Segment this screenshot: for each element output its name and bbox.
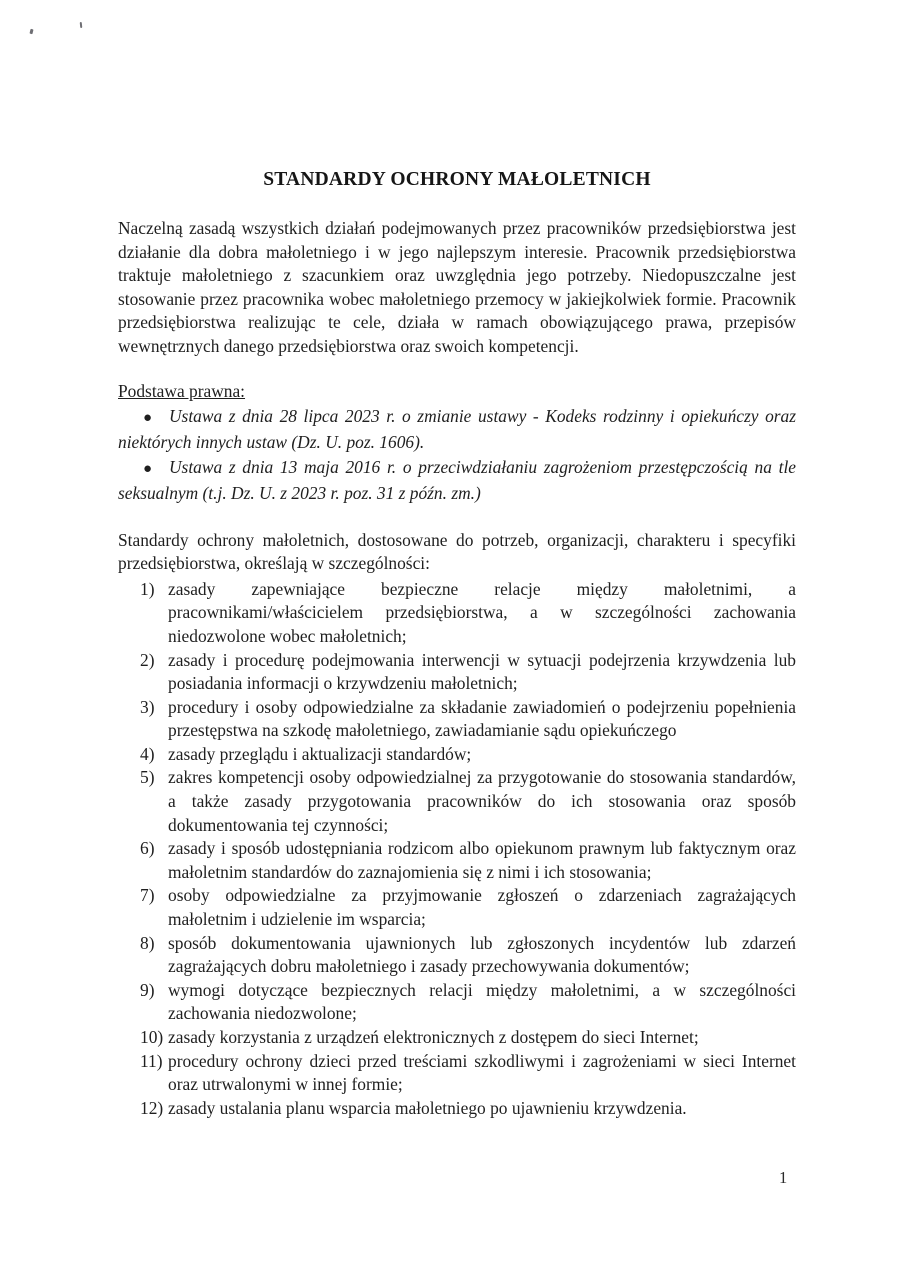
numbered-list: 1)zasady zapewniające bezpieczne relacje… — [140, 578, 796, 1121]
item-number: 3) — [140, 696, 155, 720]
item-number: 6) — [140, 837, 155, 861]
list-item: 7)osoby odpowiedzialne za przyjmowanie z… — [140, 884, 796, 931]
item-text: zasady przeglądu i aktualizacji standard… — [168, 744, 471, 764]
item-text: sposób dokumentowania ujawnionych lub zg… — [168, 933, 796, 977]
item-number: 12) — [140, 1097, 163, 1121]
list-item: 8)sposób dokumentowania ujawnionych lub … — [140, 932, 796, 979]
item-text: zasady korzystania z urządzeń elektronic… — [168, 1027, 699, 1047]
item-text: zasady zapewniające bezpieczne relacje m… — [168, 579, 796, 646]
list-item: 4)zasady przeglądu i aktualizacji standa… — [140, 743, 796, 767]
item-text: zasady i sposób udostępniania rodzicom a… — [168, 838, 796, 882]
item-text: osoby odpowiedzialne za przyjmowanie zgł… — [168, 885, 796, 929]
item-text: wymogi dotyczące bezpiecznych relacji mi… — [168, 980, 796, 1024]
item-text: zasady ustalania planu wsparcia małoletn… — [168, 1098, 687, 1118]
item-text: zasady i procedurę podejmowania interwen… — [168, 650, 796, 694]
item-text: zakres kompetencji osoby odpowiedzialnej… — [168, 767, 796, 834]
legal-item: ●Ustawa z dnia 13 maja 2016 r. o przeciw… — [118, 456, 796, 505]
scanned-document-page: STANDARDY OCHRONY MAŁOLETNICH Naczelną z… — [0, 0, 904, 1280]
standards-intro-paragraph: Standardy ochrony małoletnich, dostosowa… — [118, 529, 796, 576]
item-number: 10) — [140, 1026, 163, 1050]
list-item: 3)procedury i osoby odpowiedzialne za sk… — [140, 696, 796, 743]
item-number: 9) — [140, 979, 155, 1003]
intro-paragraph: Naczelną zasadą wszystkich działań podej… — [118, 217, 796, 359]
legal-item: ●Ustawa z dnia 28 lipca 2023 r. o zmiani… — [118, 405, 796, 454]
legal-item-text: Ustawa z dnia 13 maja 2016 r. o przeciwd… — [118, 457, 796, 503]
legal-basis-section: Podstawa prawna: ●Ustawa z dnia 28 lipca… — [118, 380, 796, 506]
list-item: 12)zasady ustalania planu wsparcia małol… — [140, 1097, 796, 1121]
item-number: 1) — [140, 578, 155, 602]
legal-item-text: Ustawa z dnia 28 lipca 2023 r. o zmianie… — [118, 406, 796, 452]
item-number: 7) — [140, 884, 155, 908]
document-title: STANDARDY OCHRONY MAŁOLETNICH — [118, 168, 796, 192]
bullet-icon: ● — [143, 458, 169, 482]
item-text: procedury ochrony dzieci przed treściami… — [168, 1051, 796, 1095]
scan-speck — [29, 29, 33, 35]
list-item: 1)zasady zapewniające bezpieczne relacje… — [140, 578, 796, 649]
scan-speck — [80, 22, 83, 28]
list-item: 2)zasady i procedurę podejmowania interw… — [140, 649, 796, 696]
item-number: 8) — [140, 932, 155, 956]
list-item: 5)zakres kompetencji osoby odpowiedzialn… — [140, 766, 796, 837]
bullet-icon: ● — [143, 407, 169, 431]
item-number: 4) — [140, 743, 155, 767]
page-number: 1 — [779, 1168, 787, 1188]
list-item: 10)zasady korzystania z urządzeń elektro… — [140, 1026, 796, 1050]
list-item: 11)procedury ochrony dzieci przed treści… — [140, 1050, 796, 1097]
list-item: 9)wymogi dotyczące bezpiecznych relacji … — [140, 979, 796, 1026]
item-number: 2) — [140, 649, 155, 673]
legal-basis-heading: Podstawa prawna: — [118, 380, 796, 404]
document-content: STANDARDY OCHRONY MAŁOLETNICH Naczelną z… — [118, 168, 796, 1120]
item-number: 11) — [140, 1050, 163, 1074]
item-number: 5) — [140, 766, 155, 790]
item-text: procedury i osoby odpowiedzialne za skła… — [168, 697, 796, 741]
list-item: 6)zasady i sposób udostępniania rodzicom… — [140, 837, 796, 884]
